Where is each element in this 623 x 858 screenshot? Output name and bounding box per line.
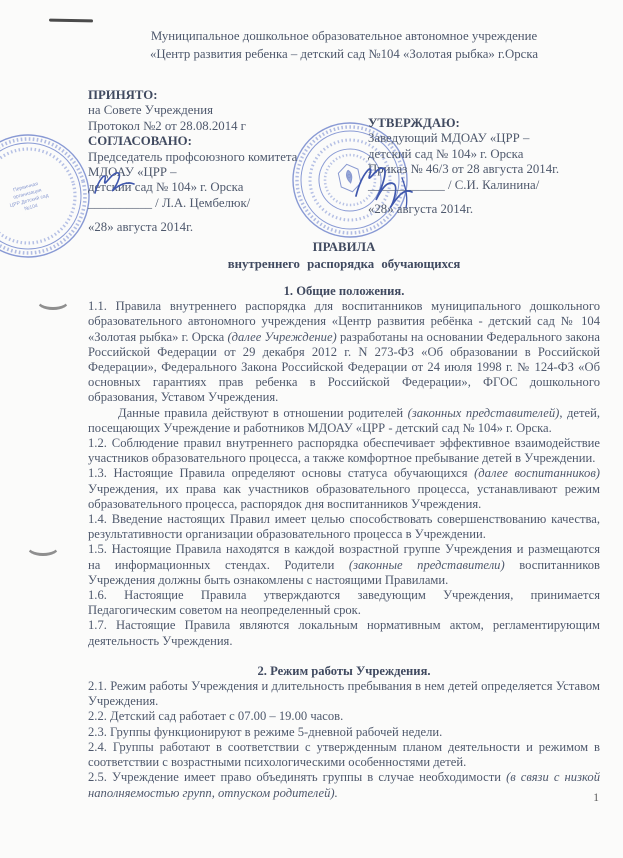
paragraph-text-italic: (законных представителей): [408, 406, 560, 420]
accepted-line-protocol: Протокол №2 от 28.08.2014 г: [88, 119, 348, 134]
title-line2: внутреннего распорядка обучающихся: [88, 256, 600, 273]
paragraph-2-5: 2.5. Учреждение имеет право объединять г…: [88, 770, 600, 800]
scan-mark-crescent: [36, 290, 70, 310]
document-body: 1. Общие положения. 1.1. Правила внутрен…: [88, 284, 600, 801]
approve-line-head: Заведующий МДОАУ «ЦРР –: [368, 131, 603, 146]
page-number: 1: [593, 792, 599, 804]
paragraph-text: 2.5. Учреждение имеет право объединять г…: [88, 770, 506, 784]
agreed-label: СОГЛАСОВАНО:: [88, 134, 348, 149]
signature-tsembelyuk-icon: [90, 168, 142, 200]
accepted-line-council: на Совете Учреждения: [88, 103, 348, 118]
org-name-line1: Муниципальное дошкольное образовательное…: [88, 28, 600, 46]
paragraph-1-3: 1.3. Настоящие Правила определяют основы…: [88, 466, 600, 512]
paragraph-1-2: 1.2. Соблюдение правил внутреннего распо…: [88, 436, 600, 466]
paragraph-text: Учреждения, их права как участников обра…: [88, 482, 600, 511]
paragraph-text-italic: (далее воспитанников): [474, 466, 600, 480]
agreed-date: «28» августа 2014г.: [88, 220, 348, 235]
title-line1: ПРАВИЛА: [88, 239, 600, 256]
agreed-line-chairman: Председатель профсоюзного комитета: [88, 150, 348, 165]
paragraph-text: Данные правила действуют в отношении род…: [118, 406, 408, 420]
paragraph-1-5: 1.5. Настоящие Правила находятся в каждо…: [88, 542, 600, 588]
paragraph-text-italic: (далее Учреждение): [227, 330, 336, 344]
paragraph-2-2: 2.2. Детский сад работает с 07.00 – 19.0…: [88, 709, 600, 724]
approval-left-block: ПРИНЯТО: на Совете Учреждения Протокол №…: [88, 88, 348, 236]
union-round-stamp-icon: Первичная организация ЦРР Детский сад №1…: [0, 130, 92, 262]
document-header: Муниципальное дошкольное образовательное…: [88, 28, 600, 63]
paragraph-text: 1.3. Настоящие Правила определяют основы…: [88, 466, 474, 480]
signature-kalinina-icon: [342, 158, 434, 214]
paragraph-2-3: 2.3. Группы функционируют в режиме 5-дне…: [88, 725, 600, 740]
paragraph-note: Данные правила действуют в отношении род…: [88, 406, 600, 436]
paragraph-1-4: 1.4. Введение настоящих Правил имеет цел…: [88, 512, 600, 542]
paragraph-1-1: 1.1. Правила внутреннего распорядка для …: [88, 299, 600, 405]
paragraph-text-italic: (законные представители): [349, 558, 505, 572]
scan-artifact-line: [49, 19, 93, 23]
paragraph-1-7: 1.7. Настоящие Правила являются локальны…: [88, 618, 600, 648]
paragraph-2-1: 2.1. Режим работы Учреждения и длительно…: [88, 679, 600, 709]
section-2-heading: 2. Режим работы Учреждения.: [88, 664, 600, 679]
paragraph-2-4: 2.4. Группы работают в соответствии с ут…: [88, 740, 600, 770]
document-page: Первичная организация ЦРР Детский сад №1…: [0, 0, 623, 858]
scan-mark-crescent: [26, 536, 60, 556]
document-title: ПРАВИЛА внутреннего распорядка обучающих…: [88, 239, 600, 273]
org-name-line2: «Центр развития ребенка – детский сад №1…: [88, 46, 600, 64]
section-1-heading: 1. Общие положения.: [88, 284, 600, 299]
approve-label: УТВЕРЖДАЮ:: [368, 116, 603, 131]
accepted-label: ПРИНЯТО:: [88, 88, 348, 103]
paragraph-1-6: 1.6. Настоящие Правила утверждаются заве…: [88, 588, 600, 618]
